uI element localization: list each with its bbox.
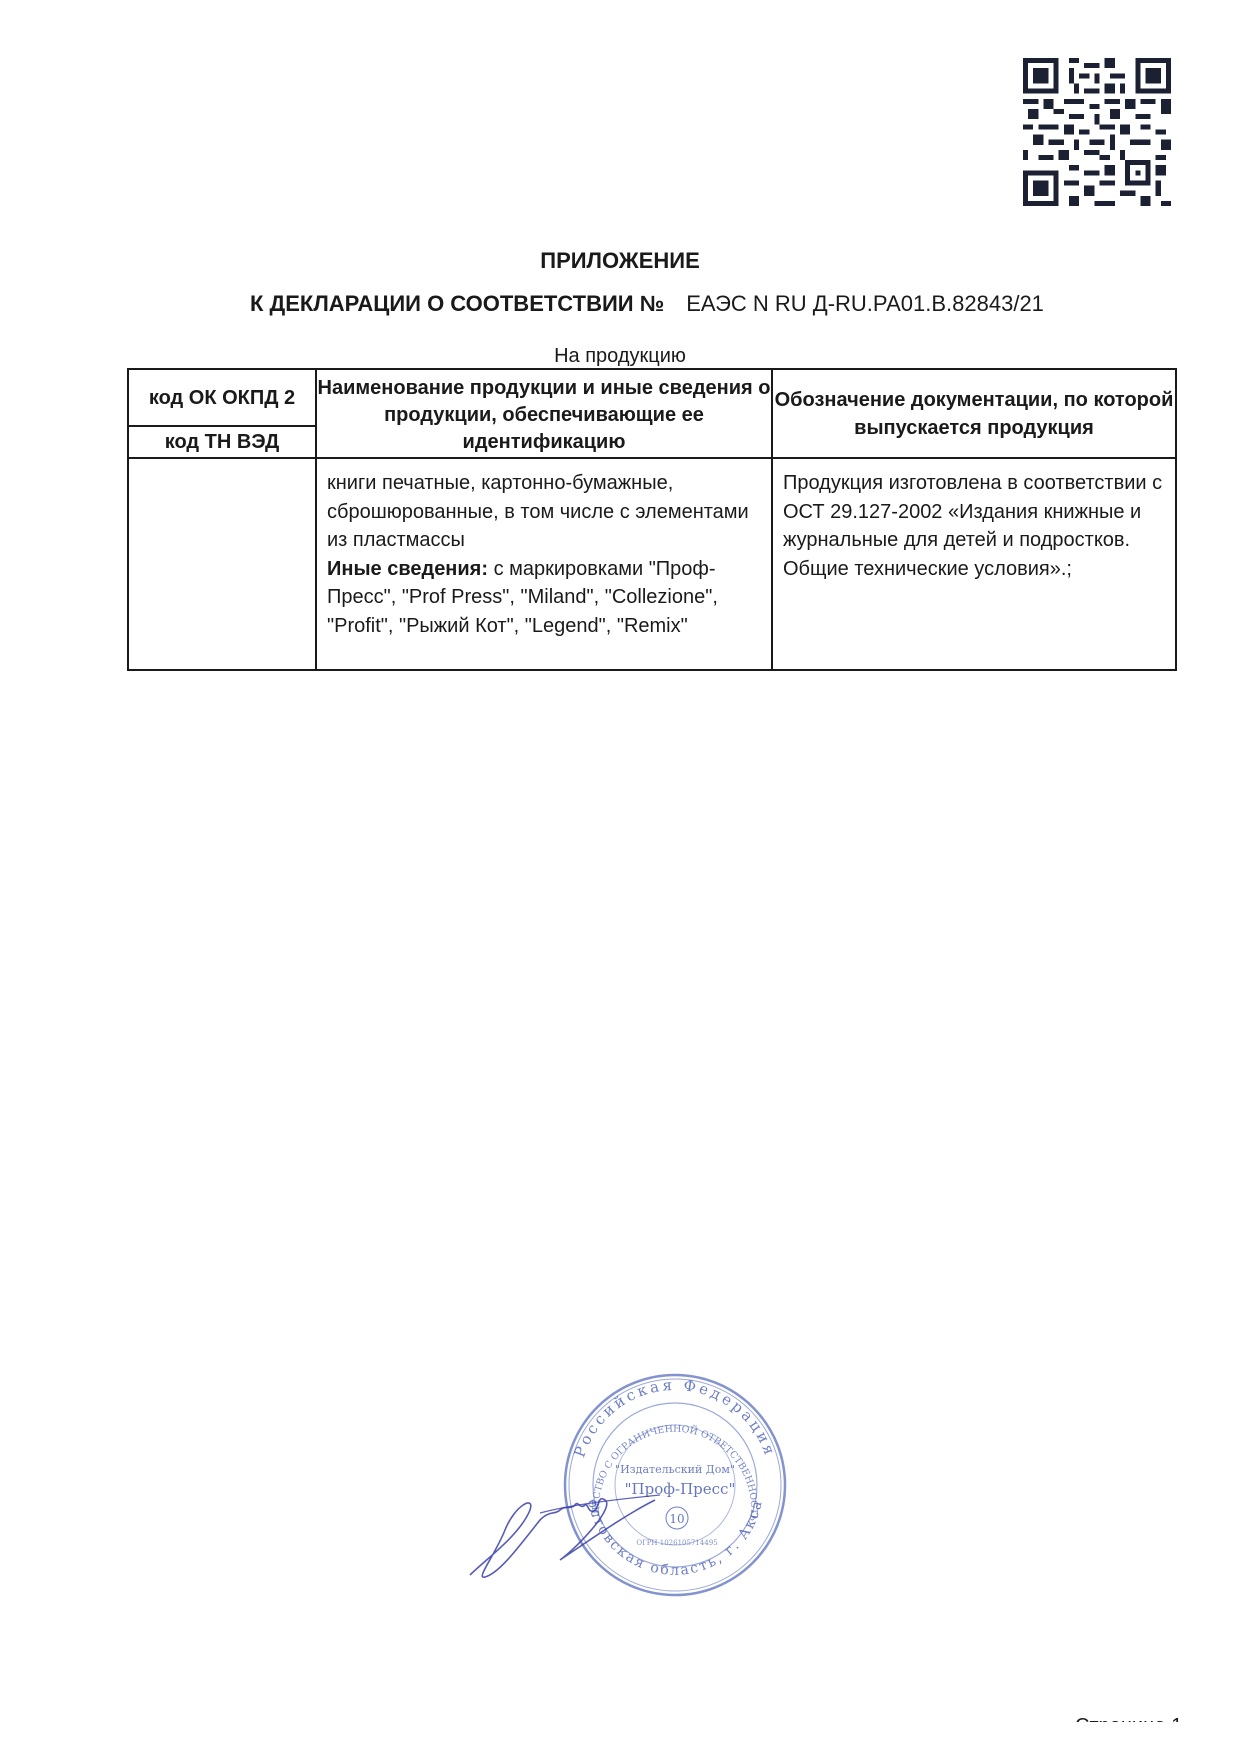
declaration-number: ЕАЭС N RU Д-RU.РА01.В.82843/21 [686, 291, 1044, 316]
cell-product-name: книги печатные, картонно-бумажные, сброш… [316, 458, 772, 670]
product-description: книги печатные, картонно-бумажные, сброш… [327, 472, 749, 551]
declaration-table: код ОК ОКПД 2 Наименование продукции и и… [127, 368, 1177, 671]
on-product-label: На продукцию [0, 345, 1240, 368]
document-title: ПРИЛОЖЕНИЕ [0, 248, 1240, 274]
header-code-okpd: код ОК ОКПД 2 [128, 369, 316, 426]
signature [460, 1465, 670, 1585]
page-number: Страница 1 [1075, 1710, 1182, 1722]
header-product-name: Наименование продукции и иные сведения о… [316, 369, 772, 458]
cell-code [128, 458, 316, 670]
stamp-number: 10 [669, 1512, 684, 1526]
cell-documentation: Продукция изготовлена в соответствии с О… [772, 458, 1176, 670]
table-row: книги печатные, картонно-бумажные, сброш… [128, 458, 1176, 670]
table-header-row: код ОК ОКПД 2 Наименование продукции и и… [128, 369, 1176, 426]
qr-code [1023, 58, 1171, 206]
header-documentation: Обозначение документации, по которой вып… [772, 369, 1176, 458]
header-code-tnved: код ТН ВЭД [128, 426, 316, 458]
document-subtitle: К ДЕКЛАРАЦИИ О СООТВЕТСТВИИ №ЕАЭС N RU Д… [250, 291, 1044, 317]
declaration-label: К ДЕКЛАРАЦИИ О СООТВЕТСТВИИ № [250, 291, 664, 316]
other-info-label: Иные сведения: [327, 558, 488, 580]
